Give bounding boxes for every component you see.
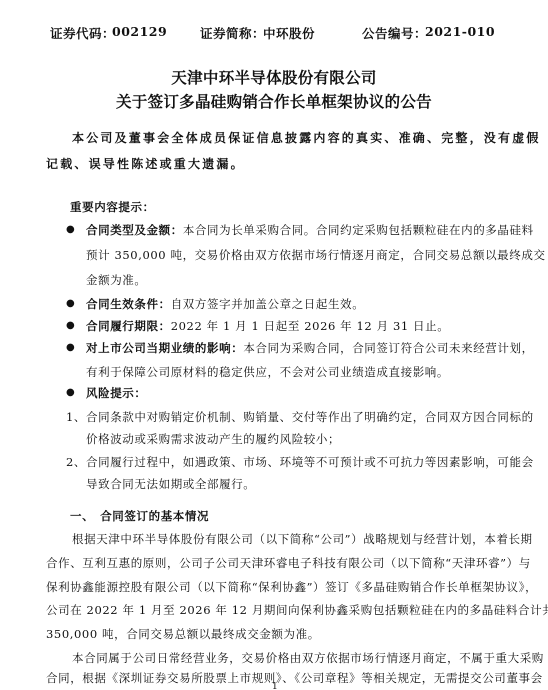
paragraph-line: 合作、互利互惠的原则，公司子公司天津环睿电子科技有限公司（以下简称“天津环睿”）…	[46, 555, 531, 571]
risk-item-2: 合同履行过程中，如遇政策、市场、环境等不可预计或不可抗力等因素影响，可能会	[86, 454, 534, 470]
highlight-item-performance-period: 合同履行期限：2022 年 1 月 1 日起至 2026 年 12 月 31 日…	[86, 318, 449, 334]
highlight-item-effective-conditions: 合同生效条件：自双方签字并加盖公章之日起生效。	[86, 296, 364, 312]
highlight-label: 合同类型及金额：	[86, 223, 183, 237]
highlights-heading: 重要内容提示：	[70, 199, 155, 215]
highlight-label: 合同生效条件：	[86, 297, 171, 311]
notice-no: 2021-010	[425, 24, 495, 39]
risk-number: 1、	[66, 409, 86, 425]
declaration-line2: 记载、误导性陈述或重大遗漏。	[46, 155, 245, 172]
highlight-item-impact: 对上市公司当期业绩的影响：本合同为采购合同，合同签订符合公司未来经营计划，	[86, 340, 534, 356]
page-title-company: 天津中环半导体股份有限公司	[0, 66, 548, 88]
paragraph-line: 合同，根据《深圳证券交易所股票上市规则》、《公司章程》等相关规定，无需提交公司董…	[46, 670, 543, 686]
stock-code: 002129	[112, 24, 167, 39]
highlight-text: 自双方签字并加盖公章之日起生效。	[171, 297, 365, 311]
section-title: 合同签订的基本情况	[100, 509, 209, 523]
highlight-text-cont: 金额为准。	[86, 272, 147, 288]
section-number: 一、	[70, 509, 94, 523]
highlight-text: 2022 年 1 月 1 日起至 2026 年 12 月 31 日止。	[171, 319, 450, 333]
risk-number: 2、	[66, 454, 86, 470]
highlight-text: 本合同为长单采购合同。合同约定采购包括颗粒硅在内的多晶硅料	[183, 223, 534, 237]
stock-name: 中环股份	[263, 24, 315, 42]
paragraph-line: 根据天津中环半导体股份有限公司（以下简称“公司”）战略规划与经营计划，本着长期	[72, 531, 533, 547]
declaration-line1: 本公司及董事会全体成员保证信息披露内容的真实、准确、完整，没有虚假	[72, 129, 541, 146]
page-title-subject: 关于签订多晶硅购销合作长单框架协议的公告	[0, 90, 548, 112]
risk-item-2-cont: 导致合同无法如期或全部履行。	[86, 476, 255, 492]
stock-code-label: 证券代码：	[50, 24, 115, 42]
bullet-icon: ●	[66, 298, 75, 309]
highlight-text: 本合同为采购合同，合同签订符合公司未来经营计划，	[243, 341, 533, 355]
highlight-label: 合同履行期限：	[86, 319, 171, 333]
paragraph-line: 保利协鑫能源控股有限公司（以下简称“保利协鑫”）签订《多晶硅购销合作长单框架协议…	[46, 579, 537, 595]
notice-no-label: 公告编号：	[362, 24, 427, 42]
stock-name-label: 证券简称：	[200, 24, 265, 42]
paragraph-line: 350,000 吨，合同交易总额以最终成交金额为准。	[46, 626, 320, 642]
highlight-label: 对上市公司当期业绩的影响：	[86, 341, 243, 355]
paragraph-line: 本合同属于公司日常经营业务，交易价格由双方依据市场行情逐月商定，不属于重大采购	[72, 650, 544, 666]
bullet-icon: ●	[66, 224, 75, 235]
bullet-icon: ●	[66, 342, 75, 353]
highlight-item-contract-type: 合同类型及金额：本合同为长单采购合同。合同约定采购包括颗粒硅在内的多晶硅料	[86, 222, 534, 238]
bullet-icon: ●	[66, 320, 75, 331]
bullet-icon: ●	[66, 387, 75, 398]
risk-item-1-cont: 价格波动或采购需求波动产生的履约风险较小；	[86, 431, 340, 447]
section-heading: 一、合同签订的基本情况	[70, 508, 209, 524]
risk-item-1: 合同条款中对购销定价机制、购销量、交付等作出了明确约定，合同双方因合同标的	[86, 409, 534, 425]
highlight-text-cont: 有利于保障公司原材料的稳定供应，不会对公司业绩造成直接影响。	[86, 364, 449, 380]
highlight-item-risk-heading: 风险提示：	[86, 385, 147, 401]
paragraph-line: 公司在 2022 年 1 月至 2026 年 12 月期间向保利协鑫采购包括颗粒…	[46, 602, 548, 618]
page-number: 1	[272, 682, 278, 690]
highlight-text-cont: 预计 350,000 吨，交易价格由双方依据市场行情逐月商定，合同交易总额以最终…	[86, 247, 546, 263]
